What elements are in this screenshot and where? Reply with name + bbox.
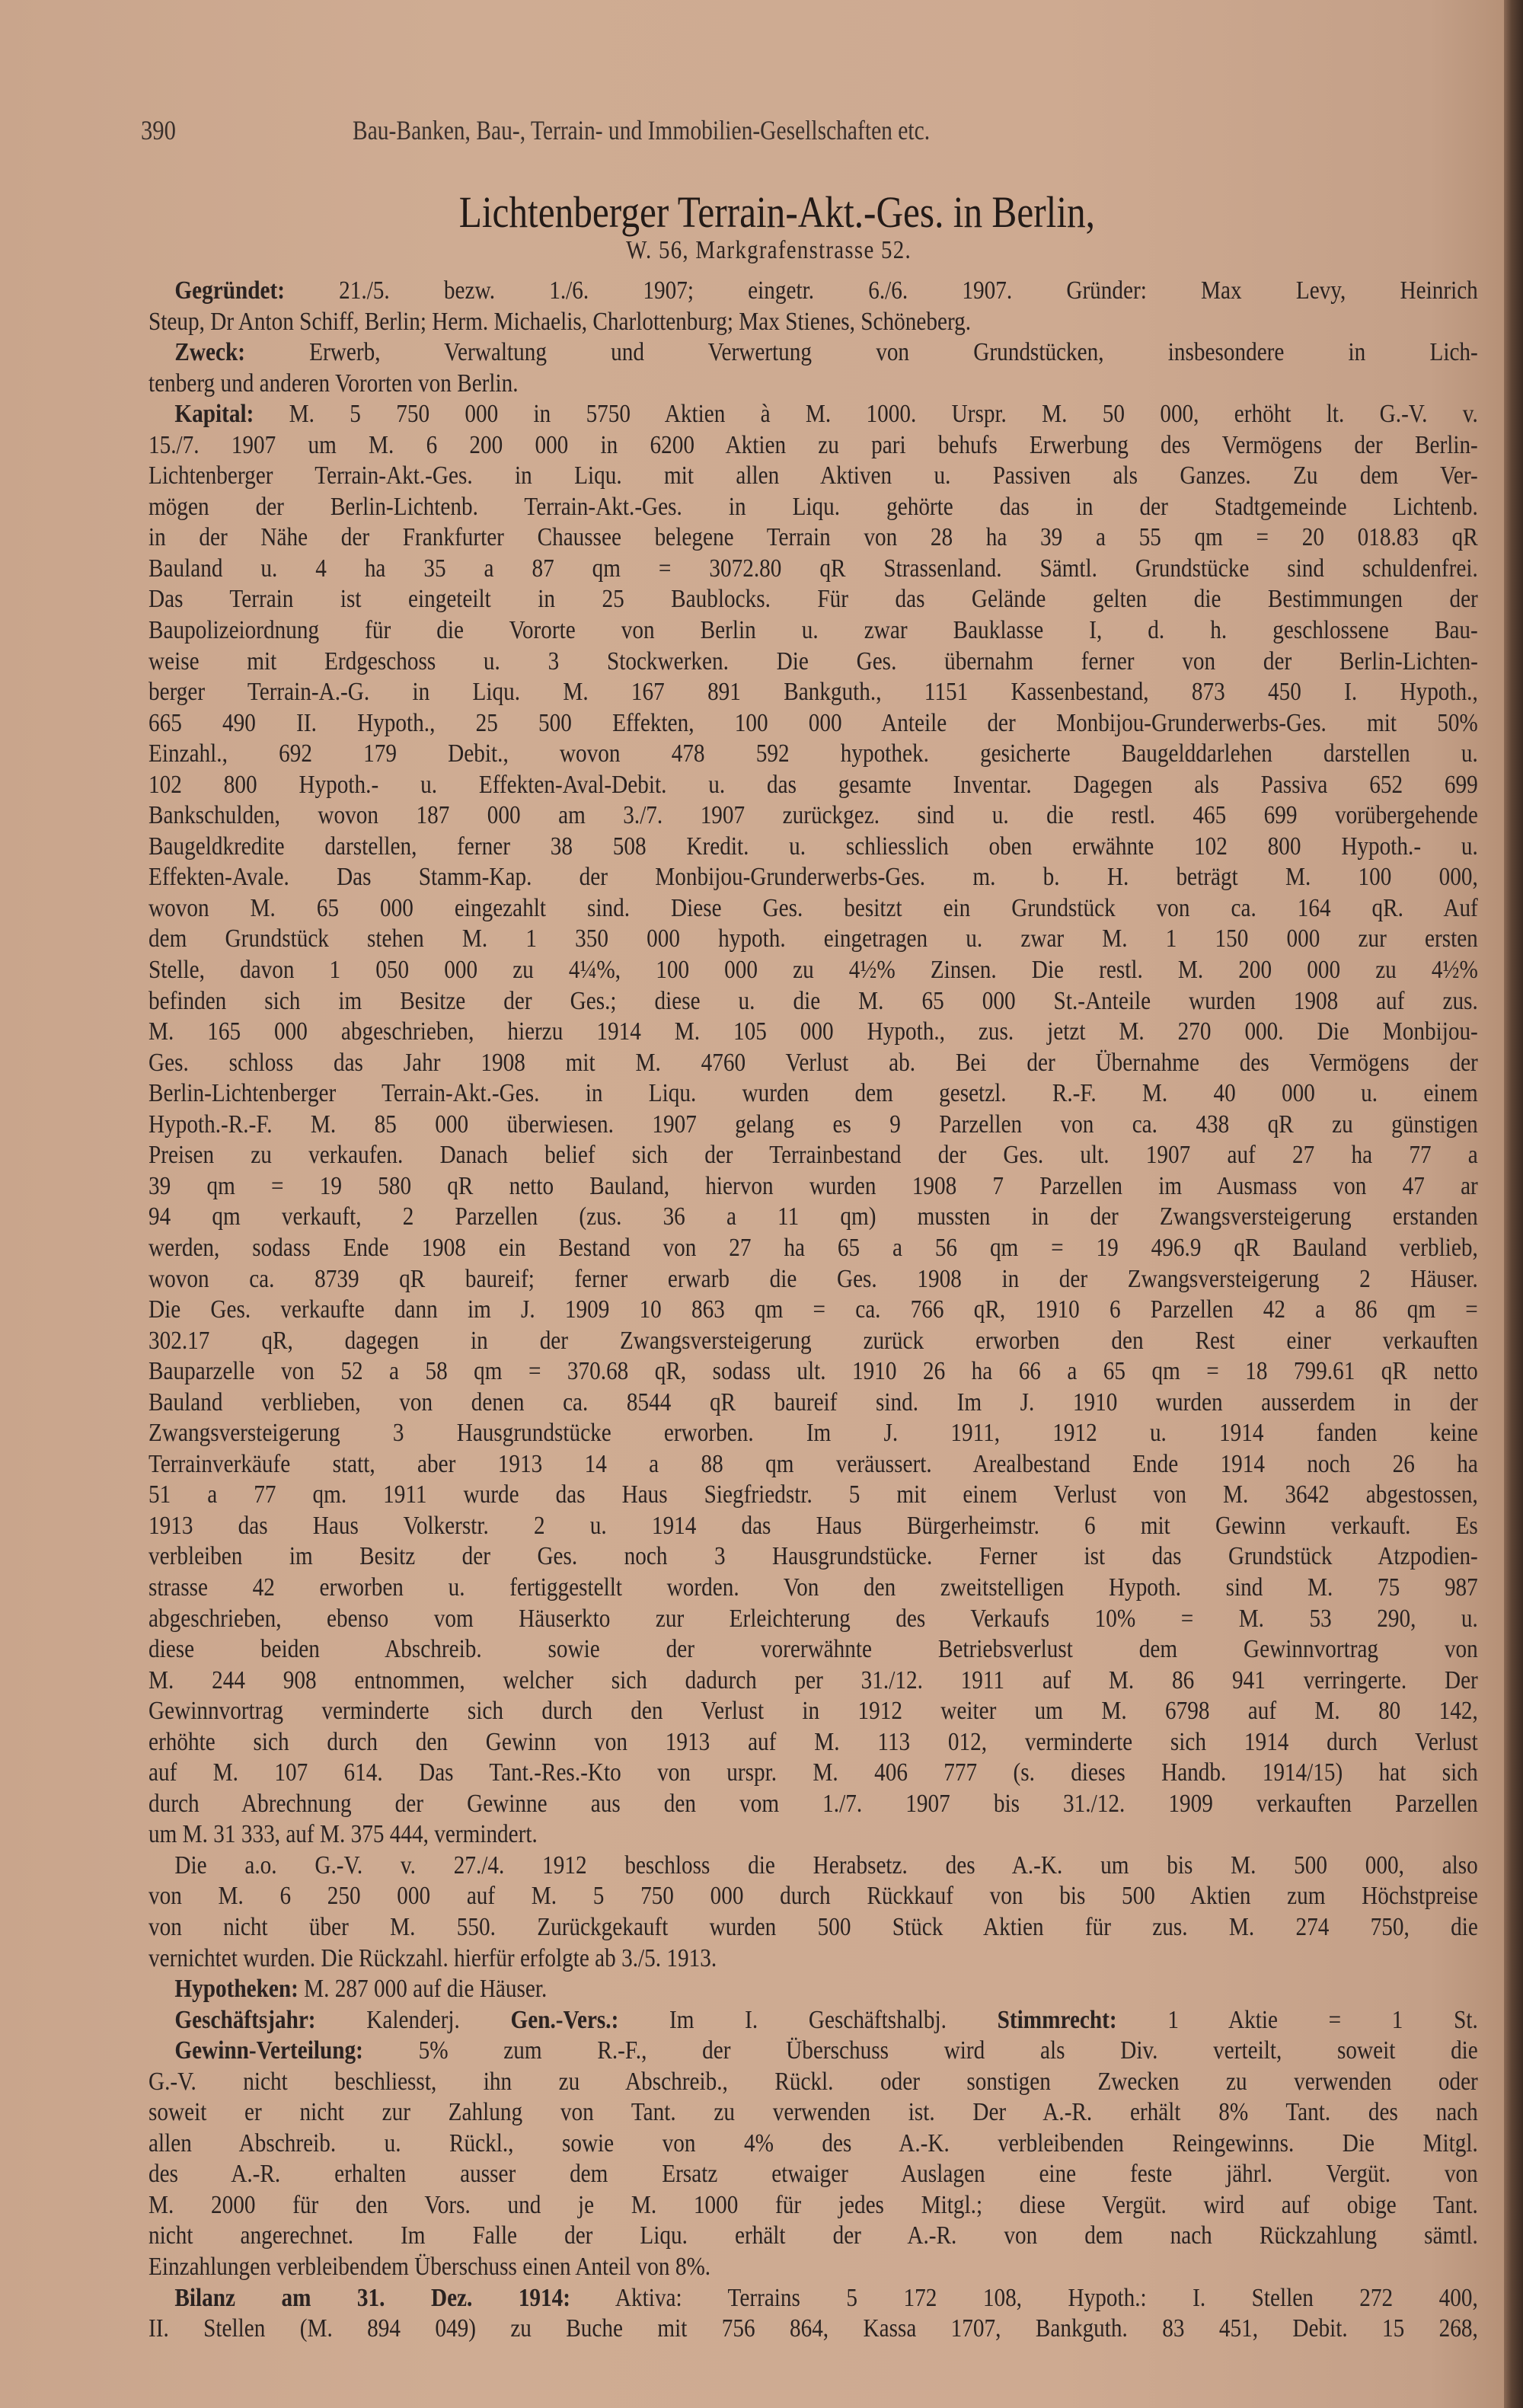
text-line: 1913 das Haus Volkerstr. 2 u. 1914 das H… [148,1511,1478,1542]
line-text: Bankschulden, wovon 187 000 am 3./7. 190… [148,801,1478,829]
entry-address: W. 56, Markgrafenstrasse 52. [0,236,1523,265]
text-line: Bankschulden, wovon 187 000 am 3./7. 190… [148,800,1478,832]
line-text: Bauland u. 4 ha 35 a 87 qm = 3072.80 qR … [148,554,1478,583]
text-line: Bilanz am 31. Dez. 1914: Aktiva: Terrain… [148,2283,1478,2314]
line-text: wovon ca. 8739 qR baureif; ferner erwarb… [148,1265,1478,1293]
line-text: des A.-R. erhalten ausser dem Ersatz etw… [148,2160,1478,2188]
line-text: 39 qm = 19 580 qR netto Bauland, hiervon… [148,1172,1478,1200]
text-line: Die Ges. verkaufte dann im J. 1909 10 86… [148,1295,1478,1326]
line-text: mögen der Berlin-Lichtenb. Terrain-Akt.-… [148,493,1478,521]
text-line: werden, sodass Ende 1908 ein Bestand von… [148,1233,1478,1264]
text-line: um M. 31 333, auf M. 375 444, vermindert… [148,1819,1478,1851]
text-line: auf M. 107 614. Das Tant.-Res.-Kto von u… [148,1758,1478,1789]
line-text: durch Abrechnung der Gewinne aus den vom… [148,1790,1478,1818]
line-text: soweit er nicht zur Zahlung von Tant. zu… [148,2098,1478,2126]
line-text: Die Ges. verkaufte dann im J. 1909 10 86… [148,1295,1478,1324]
text-line: strasse 42 erworben u. fertiggestellt wo… [148,1573,1478,1604]
section-label: Stimmrecht: [998,2006,1117,2034]
text-line: Baupolizeiordnung für die Vororte von Be… [148,615,1478,647]
text-line: Kapital: M. 5 750 000 in 5750 Aktien à M… [148,399,1478,430]
line-text: Bauland verblieben, von denen ca. 8544 q… [148,1388,1478,1416]
line-text: Lichtenberger Terrain-Akt.-Ges. in Liqu.… [148,461,1478,490]
line-text: M. 5 750 000 in 5750 Aktien à M. 1000. U… [254,400,1477,428]
text-line: M. 2000 für den Vors. und je M. 1000 für… [148,2190,1478,2221]
line-text: M. 244 908 entnommen, welcher sich dadur… [148,1666,1478,1694]
line-text: Bauparzelle von 52 a 58 qm = 370.68 qR, … [148,1357,1478,1385]
text-line: Bauland verblieben, von denen ca. 8544 q… [148,1388,1478,1419]
line-text: nicht angerechnet. Im Falle der Liqu. er… [148,2221,1478,2250]
line-text: Ges. schloss das Jahr 1908 mit M. 4760 V… [148,1049,1478,1077]
line-text: M. 165 000 abgeschrieben, hierzu 1914 M.… [148,1017,1478,1046]
text-line: tenberg und anderen Vororten von Berlin. [148,369,1478,400]
line-text: Einzahlungen verbleibendem Überschuss ei… [148,2253,710,2281]
line-text: Zwangsversteigerung 3 Hausgrundstücke er… [148,1419,1478,1447]
text-line: G.-V. nicht beschliesst, ihn zu Abschrei… [148,2067,1478,2098]
text-line: 39 qm = 19 580 qR netto Bauland, hiervon… [148,1171,1478,1202]
line-text: Baupolizeiordnung für die Vororte von Be… [148,616,1478,644]
entry-title: Lichtenberger Terrain-Akt.-Ges. in Berli… [0,189,1523,236]
text-line: Gewinnvortrag verminderte sich durch den… [148,1696,1478,1727]
line-text: 102 800 Hypoth.- u. Effekten-Aval-Debit.… [148,771,1478,799]
text-line: M. 165 000 abgeschrieben, hierzu 1914 M.… [148,1017,1478,1048]
text-line: mögen der Berlin-Lichtenb. Terrain-Akt.-… [148,492,1478,523]
entry-title-text: Lichtenberger Terrain-Akt.-Ges. in Berli… [458,189,1094,236]
section-label: Gen.-Vers.: [510,2006,618,2034]
line-text: Stelle, davon 1 050 000 zu 4¼%, 100 000 … [148,956,1478,984]
section-label: Zweck: [174,338,245,366]
text-line: 665 490 II. Hypoth., 25 500 Effekten, 10… [148,708,1478,739]
text-line: abgeschrieben, ebenso vom Häuserkto zur … [148,1604,1478,1635]
line-text: 1913 das Haus Volkerstr. 2 u. 1914 das H… [148,1512,1478,1540]
line-text: 94 qm verkauft, 2 Parzellen (zus. 36 a 1… [148,1202,1478,1231]
line-text: vernichtet wurden. Die Rückzahl. hierfür… [148,1944,717,1972]
section-label: Geschäftsjahr: [174,2006,315,2034]
running-head: 390 Bau-Banken, Bau-, Terrain- und Immob… [141,114,1359,152]
line-text: 15./7. 1907 um M. 6 200 000 in 6200 Akti… [148,431,1478,459]
text-line: befinden sich im Besitze der Ges.; diese… [148,986,1478,1017]
line-text: Steup, Dr Anton Schiff, Berlin; Herm. Mi… [148,308,971,336]
text-line: des A.-R. erhalten ausser dem Ersatz etw… [148,2159,1478,2190]
line-text: Baugeldkredite darstellen, ferner 38 508… [148,832,1478,861]
text-line: in der Nähe der Frankfurter Chaussee bel… [148,522,1478,554]
text-line: II. Stellen (M. 894 049) zu Buche mit 75… [148,2314,1478,2345]
section-label: Hypotheken: [174,1975,298,2003]
line-text: in der Nähe der Frankfurter Chaussee bel… [148,523,1478,551]
text-line: M. 244 908 entnommen, welcher sich dadur… [148,1665,1478,1697]
text-line: Zweck: Erwerb, Verwaltung und Verwertung… [148,337,1478,369]
entry-address-text: W. 56, Markgrafenstrasse 52. [627,236,912,265]
line-text: Die a.o. G.-V. v. 27./4. 1912 beschloss … [174,1851,1477,1879]
text-line: Bauland u. 4 ha 35 a 87 qm = 3072.80 qR … [148,554,1478,585]
text-line: Steup, Dr Anton Schiff, Berlin; Herm. Mi… [148,307,1478,338]
line-text: tenberg und anderen Vororten von Berlin. [148,369,519,398]
line-text: dem Grundstück stehen M. 1 350 000 hypot… [148,925,1478,953]
page-number: 390 [141,114,176,146]
text-line: Berlin-Lichtenberger Terrain-Akt.-Ges. i… [148,1078,1478,1110]
page-edge [1504,0,1523,2408]
text-line: Zwangsversteigerung 3 Hausgrundstücke er… [148,1418,1478,1449]
text-line: Effekten-Avale. Das Stamm-Kap. der Monbi… [148,862,1478,893]
entry-body: Gegründet: 21./5. bezw. 1./6. 1907; eing… [148,276,1481,2345]
line-text: Einzahl., 692 179 Debit., wovon 478 592 … [148,739,1478,768]
text-line: wovon ca. 8739 qR baureif; ferner erwarb… [148,1264,1478,1295]
text-line: Einzahl., 692 179 Debit., wovon 478 592 … [148,739,1478,770]
line-text: berger Terrain-A.-G. in Liqu. M. 167 891… [148,678,1478,706]
line-text: 302.17 qR, dagegen in der Zwangsversteig… [148,1327,1478,1355]
section-label: Gewinn-Verteilung: [174,2036,362,2065]
text-line: weise mit Erdgeschoss u. 3 Stockwerken. … [148,647,1478,678]
line-text: Effekten-Avale. Das Stamm-Kap. der Monbi… [148,863,1478,891]
text-line: Bauparzelle von 52 a 58 qm = 370.68 qR, … [148,1356,1478,1388]
text-line: Die a.o. G.-V. v. 27./4. 1912 beschloss … [148,1851,1478,1882]
text-line: Terrainverkäufe statt, aber 1913 14 a 88… [148,1449,1478,1480]
line-text: weise mit Erdgeschoss u. 3 Stockwerken. … [148,647,1478,675]
line-text: allen Abschreib. u. Rückl., sowie von 4%… [148,2129,1478,2157]
line-text: strasse 42 erworben u. fertiggestellt wo… [148,1573,1478,1602]
line-text: Aktiva: Terrains 5 172 108, Hypoth.: I. … [570,2284,1478,2312]
line-text: werden, sodass Ende 1908 ein Bestand von… [148,1234,1478,1262]
text-line: von M. 6 250 000 auf M. 5 750 000 durch … [148,1881,1478,1912]
line-text: verbleiben im Besitz der Ges. noch 3 Hau… [148,1542,1478,1570]
line-text: von nicht über M. 550. Zurückgekauft wur… [148,1913,1478,1941]
line-text: wovon M. 65 000 eingezahlt sind. Diese G… [148,894,1478,922]
text-line: vernichtet wurden. Die Rückzahl. hierfür… [148,1943,1478,1975]
line-text: II. Stellen (M. 894 049) zu Buche mit 75… [148,2314,1478,2343]
line-text: Terrainverkäufe statt, aber 1913 14 a 88… [148,1450,1478,1478]
line-text: um M. 31 333, auf M. 375 444, vermindert… [148,1820,538,1848]
section-label: Bilanz am 31. Dez. 1914: [174,2284,570,2312]
line-text: 665 490 II. Hypoth., 25 500 Effekten, 10… [148,709,1478,737]
text-line: Einzahlungen verbleibendem Überschuss ei… [148,2252,1478,2283]
text-line: 102 800 Hypoth.- u. Effekten-Aval-Debit.… [148,770,1478,801]
text-line: Baugeldkredite darstellen, ferner 38 508… [148,832,1478,863]
line-text: befinden sich im Besitze der Ges.; diese… [148,987,1478,1015]
line-text: Gewinnvortrag verminderte sich durch den… [148,1697,1478,1725]
text-line: 15./7. 1907 um M. 6 200 000 in 6200 Akti… [148,430,1478,461]
running-head-text: Bau-Banken, Bau-, Terrain- und Immobilie… [353,114,930,146]
line-text: Preisen zu verkaufen. Danach belief sich… [148,1141,1478,1169]
section-label: Kapital: [174,400,254,428]
text-line: 51 a 77 qm. 1911 wurde das Haus Siegfrie… [148,1480,1478,1511]
line-text: 51 a 77 qm. 1911 wurde das Haus Siegfrie… [148,1480,1478,1509]
line-text: 1 Aktie = 1 St. [1117,2006,1478,2034]
line-text: Berlin-Lichtenberger Terrain-Akt.-Ges. i… [148,1079,1478,1107]
line-text: 21./5. bezw. 1./6. 1907; eingetr. 6./6. … [285,276,1478,305]
text-line: Hypoth.-R.-F. M. 85 000 überwiesen. 1907… [148,1110,1478,1141]
text-line: diese beiden Abschreib. sowie der vorerw… [148,1634,1478,1665]
text-line: von nicht über M. 550. Zurückgekauft wur… [148,1912,1478,1943]
line-text: von M. 6 250 000 auf M. 5 750 000 durch … [148,1882,1478,1910]
text-line: dem Grundstück stehen M. 1 350 000 hypot… [148,924,1478,955]
text-line: Hypotheken: M. 287 000 auf die Häuser. [148,1974,1478,2005]
text-line: soweit er nicht zur Zahlung von Tant. zu… [148,2097,1478,2129]
line-text: M. 287 000 auf die Häuser. [299,1975,547,2003]
line-text: erhöhte sich durch den Gewinn von 1913 a… [148,1728,1478,1756]
line-text: Das Terrain ist eingeteilt in 25 Baubloc… [148,585,1478,613]
text-line: Das Terrain ist eingeteilt in 25 Baubloc… [148,584,1478,615]
text-line: wovon M. 65 000 eingezahlt sind. Diese G… [148,893,1478,925]
text-line: durch Abrechnung der Gewinne aus den vom… [148,1789,1478,1820]
text-line: Preisen zu verkaufen. Danach belief sich… [148,1140,1478,1171]
line-text: Hypoth.-R.-F. M. 85 000 überwiesen. 1907… [148,1110,1478,1139]
line-text: M. 2000 für den Vors. und je M. 1000 für… [148,2191,1478,2219]
text-line: allen Abschreib. u. Rückl., sowie von 4%… [148,2129,1478,2160]
line-text: diese beiden Abschreib. sowie der vorerw… [148,1635,1478,1663]
text-line: 94 qm verkauft, 2 Parzellen (zus. 36 a 1… [148,1202,1478,1233]
text-line: Lichtenberger Terrain-Akt.-Ges. in Liqu.… [148,461,1478,492]
line-text: Erwerb, Verwaltung und Verwertung von Gr… [245,338,1478,366]
line-text: 5% zum R.-F., der Überschuss wird als Di… [363,2036,1478,2065]
text-line: Gewinn-Verteilung: 5% zum R.-F., der Übe… [148,2036,1478,2067]
line-text: Kalenderj. [316,2006,511,2034]
text-line: berger Terrain-A.-G. in Liqu. M. 167 891… [148,677,1478,708]
line-text: auf M. 107 614. Das Tant.-Res.-Kto von u… [148,1758,1478,1787]
line-text: abgeschrieben, ebenso vom Häuserkto zur … [148,1605,1478,1633]
text-line: verbleiben im Besitz der Ges. noch 3 Hau… [148,1541,1478,1573]
text-line: Geschäftsjahr: Kalenderj. Gen.-Vers.: Im… [148,2005,1478,2036]
text-line: 302.17 qR, dagegen in der Zwangsversteig… [148,1326,1478,1357]
line-text: G.-V. nicht beschliesst, ihn zu Abschrei… [148,2068,1478,2096]
text-line: Ges. schloss das Jahr 1908 mit M. 4760 V… [148,1048,1478,1079]
text-line: Gegründet: 21./5. bezw. 1./6. 1907; eing… [148,276,1478,307]
text-line: Stelle, davon 1 050 000 zu 4¼%, 100 000 … [148,955,1478,986]
section-label: Gegründet: [174,276,285,305]
line-text: Im I. Geschäftshalbj. [618,2006,997,2034]
text-line: nicht angerechnet. Im Falle der Liqu. er… [148,2221,1478,2252]
text-line: erhöhte sich durch den Gewinn von 1913 a… [148,1727,1478,1758]
